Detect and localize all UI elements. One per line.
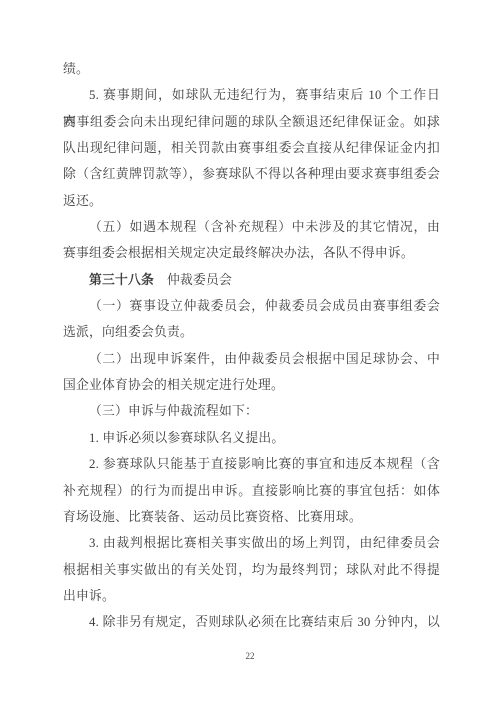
text-line: 出申诉。: [63, 583, 440, 609]
article-heading-line: 第三十八条仲裁委员会: [63, 267, 440, 293]
text-line: 根据相关事实做出的有关处罚，均为最终判罚；球队对此不得提: [63, 557, 440, 583]
text-line: 绩。: [63, 56, 440, 82]
text-line: 2. 参赛球队只能基于直接影响比赛的事宜和违反本规程（含: [63, 451, 440, 477]
article-number: 第三十八条: [89, 273, 154, 287]
text-line: 国企业体育协会的相关规定进行处理。: [63, 372, 440, 398]
text-line: （五）如遇本规程（含补充规程）中未涉及的其它情况，由: [63, 214, 440, 240]
text-line: （三）申诉与仲裁流程如下：: [63, 398, 440, 424]
text-line: 赛事组委会向未出现纪律问题的球队全额退还纪律保证金。如球: [63, 109, 440, 135]
text-line: （一）赛事设立仲裁委员会，仲裁委员会成员由赛事组委会: [63, 293, 440, 319]
text-line: 除（含红黄牌罚款等），参赛球队不得以各种理由要求赛事组委会: [63, 161, 440, 187]
text-line: 育场设施、比赛装备、运动员比赛资格、比赛用球。: [63, 504, 440, 530]
text-line: 补充规程）的行为而提出申诉。直接影响比赛的事宜包括：如体: [63, 478, 440, 504]
text-line: 1. 申诉必须以参赛球队名义提出。: [63, 425, 440, 451]
text-line: 赛事组委会根据相关规定决定最终解决办法，各队不得申诉。: [63, 240, 440, 266]
page-number: 22: [0, 650, 500, 662]
text-line: 选派，向组委会负责。: [63, 319, 440, 345]
text-line: 队出现纪律问题，相关罚款由赛事组委会直接从纪律保证金内扣: [63, 135, 440, 161]
text-line: （二）出现申诉案件，由仲裁委员会根据中国足球协会、中: [63, 346, 440, 372]
text-line: 4. 除非另有规定，否则球队必须在比赛结束后 30 分钟内，以: [63, 609, 440, 635]
article-title: 仲裁委员会: [167, 273, 232, 287]
text-line: 5. 赛事期间，如球队无违纪行为，赛事结束后 10 个工作日内，: [63, 82, 440, 108]
document-body: 绩。 5. 赛事期间，如球队无违纪行为，赛事结束后 10 个工作日内， 赛事组委…: [63, 56, 440, 636]
text-line: 返还。: [63, 188, 440, 214]
text-line: 3. 由裁判根据比赛相关事实做出的场上判罚，由纪律委员会: [63, 530, 440, 556]
